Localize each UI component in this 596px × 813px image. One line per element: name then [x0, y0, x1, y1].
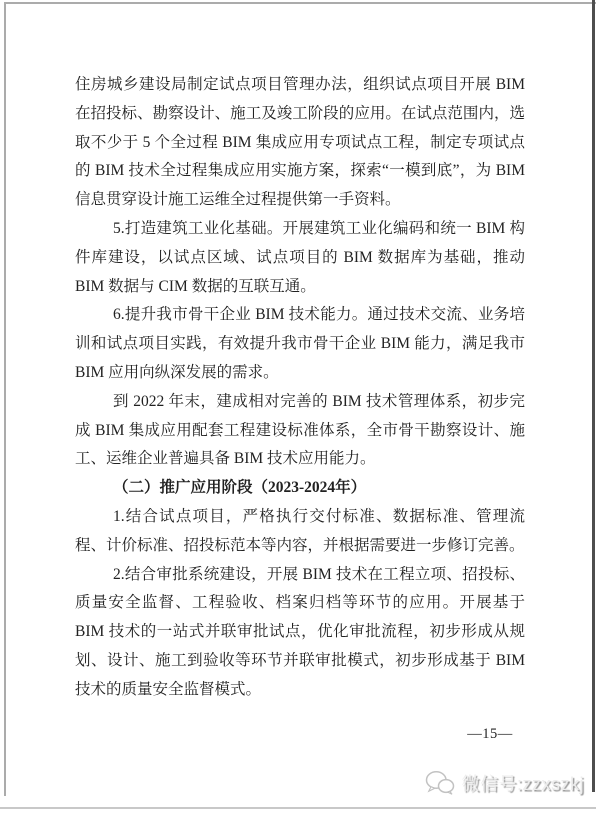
page-border-right: [592, 0, 595, 792]
paragraph-2022-goal: 到 2022 年末，建成相对完善的 BIM 技术管理体系，初步完成 BIM 集成…: [75, 388, 525, 474]
wechat-id-label: 微信号:zzxszkj: [462, 770, 585, 796]
wechat-icon: [425, 770, 455, 796]
paragraph-item-1: 1.结合试点项目，严格执行交付标准、数据标准、管理流程、计价标准、招投标范本等内…: [75, 503, 525, 561]
page-border-left: [4, 2, 6, 796]
paragraph-item-6: 6.提升我市骨干企业 BIM 技术能力。通过技术交流、业务培训和试点项目实践，有…: [75, 301, 525, 387]
wechat-watermark: 微信号:zzxszkj: [425, 770, 585, 796]
paragraph-continuation: 住房城乡建设局制定试点项目管理办法，组织试点项目开展 BIM 在招投标、勘察设计…: [75, 71, 525, 215]
paragraph-item-5: 5.打造建筑工业化基础。开展建筑工业化编码和统一 BIM 构件库建设，以试点区域…: [75, 215, 525, 301]
page-border-top: [4, 2, 596, 4]
document-body: 住房城乡建设局制定试点项目管理办法，组织试点项目开展 BIM 在招投标、勘察设计…: [75, 71, 525, 705]
bottom-divider: [0, 807, 596, 809]
page-number: —15—: [450, 726, 530, 743]
section-heading-promotion-phase: （二）推广应用阶段（2023-2024年）: [75, 474, 525, 503]
paragraph-item-2: 2.结合审批系统建设，开展 BIM 技术在工程立项、招投标、质量安全监督、工程验…: [75, 561, 525, 705]
